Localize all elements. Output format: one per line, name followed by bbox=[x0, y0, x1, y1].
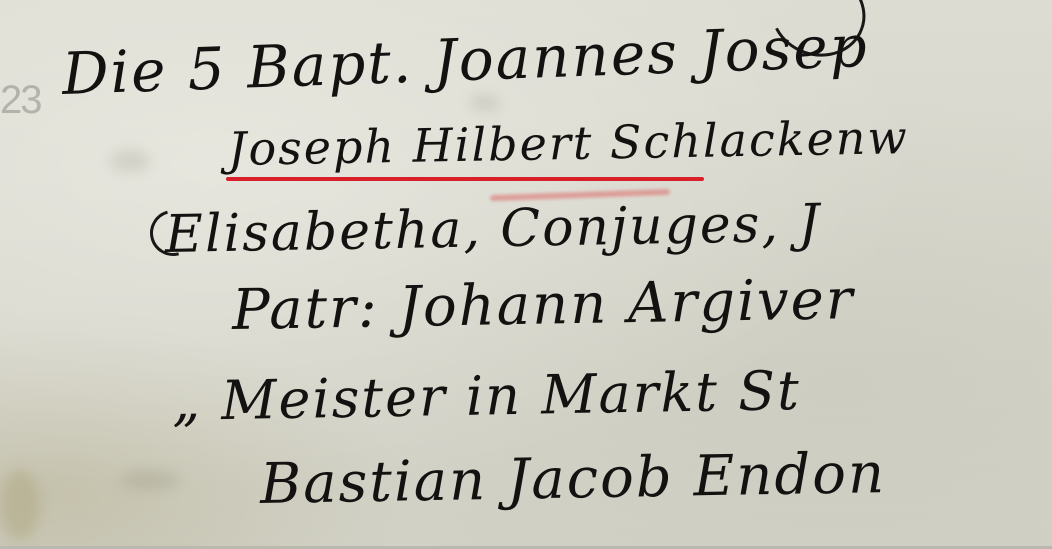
paper-stain bbox=[470, 95, 500, 111]
paper-stain bbox=[0, 470, 40, 540]
paper-stain bbox=[110, 150, 150, 172]
red-annotation-underline bbox=[226, 177, 704, 181]
record-line-3: Elisabetha, Conjuges, J bbox=[164, 194, 821, 265]
record-line-2: Joseph Hilbert Schlackenw bbox=[228, 110, 910, 176]
record-line-1: Die 5 Bapt. Joannes Josep bbox=[61, 12, 870, 108]
paper-stain bbox=[120, 470, 180, 490]
document-photo: 23 Die 5 Bapt. Joannes Josep Joseph Hilb… bbox=[0, 0, 1052, 549]
record-line-5: „ Meister in Markt St bbox=[171, 359, 801, 433]
margin-page-number: 23 bbox=[0, 78, 41, 123]
record-line-4: Patr: Johann Argiver bbox=[231, 267, 855, 343]
record-line-6: Bastian Jacob Endon bbox=[259, 441, 886, 517]
